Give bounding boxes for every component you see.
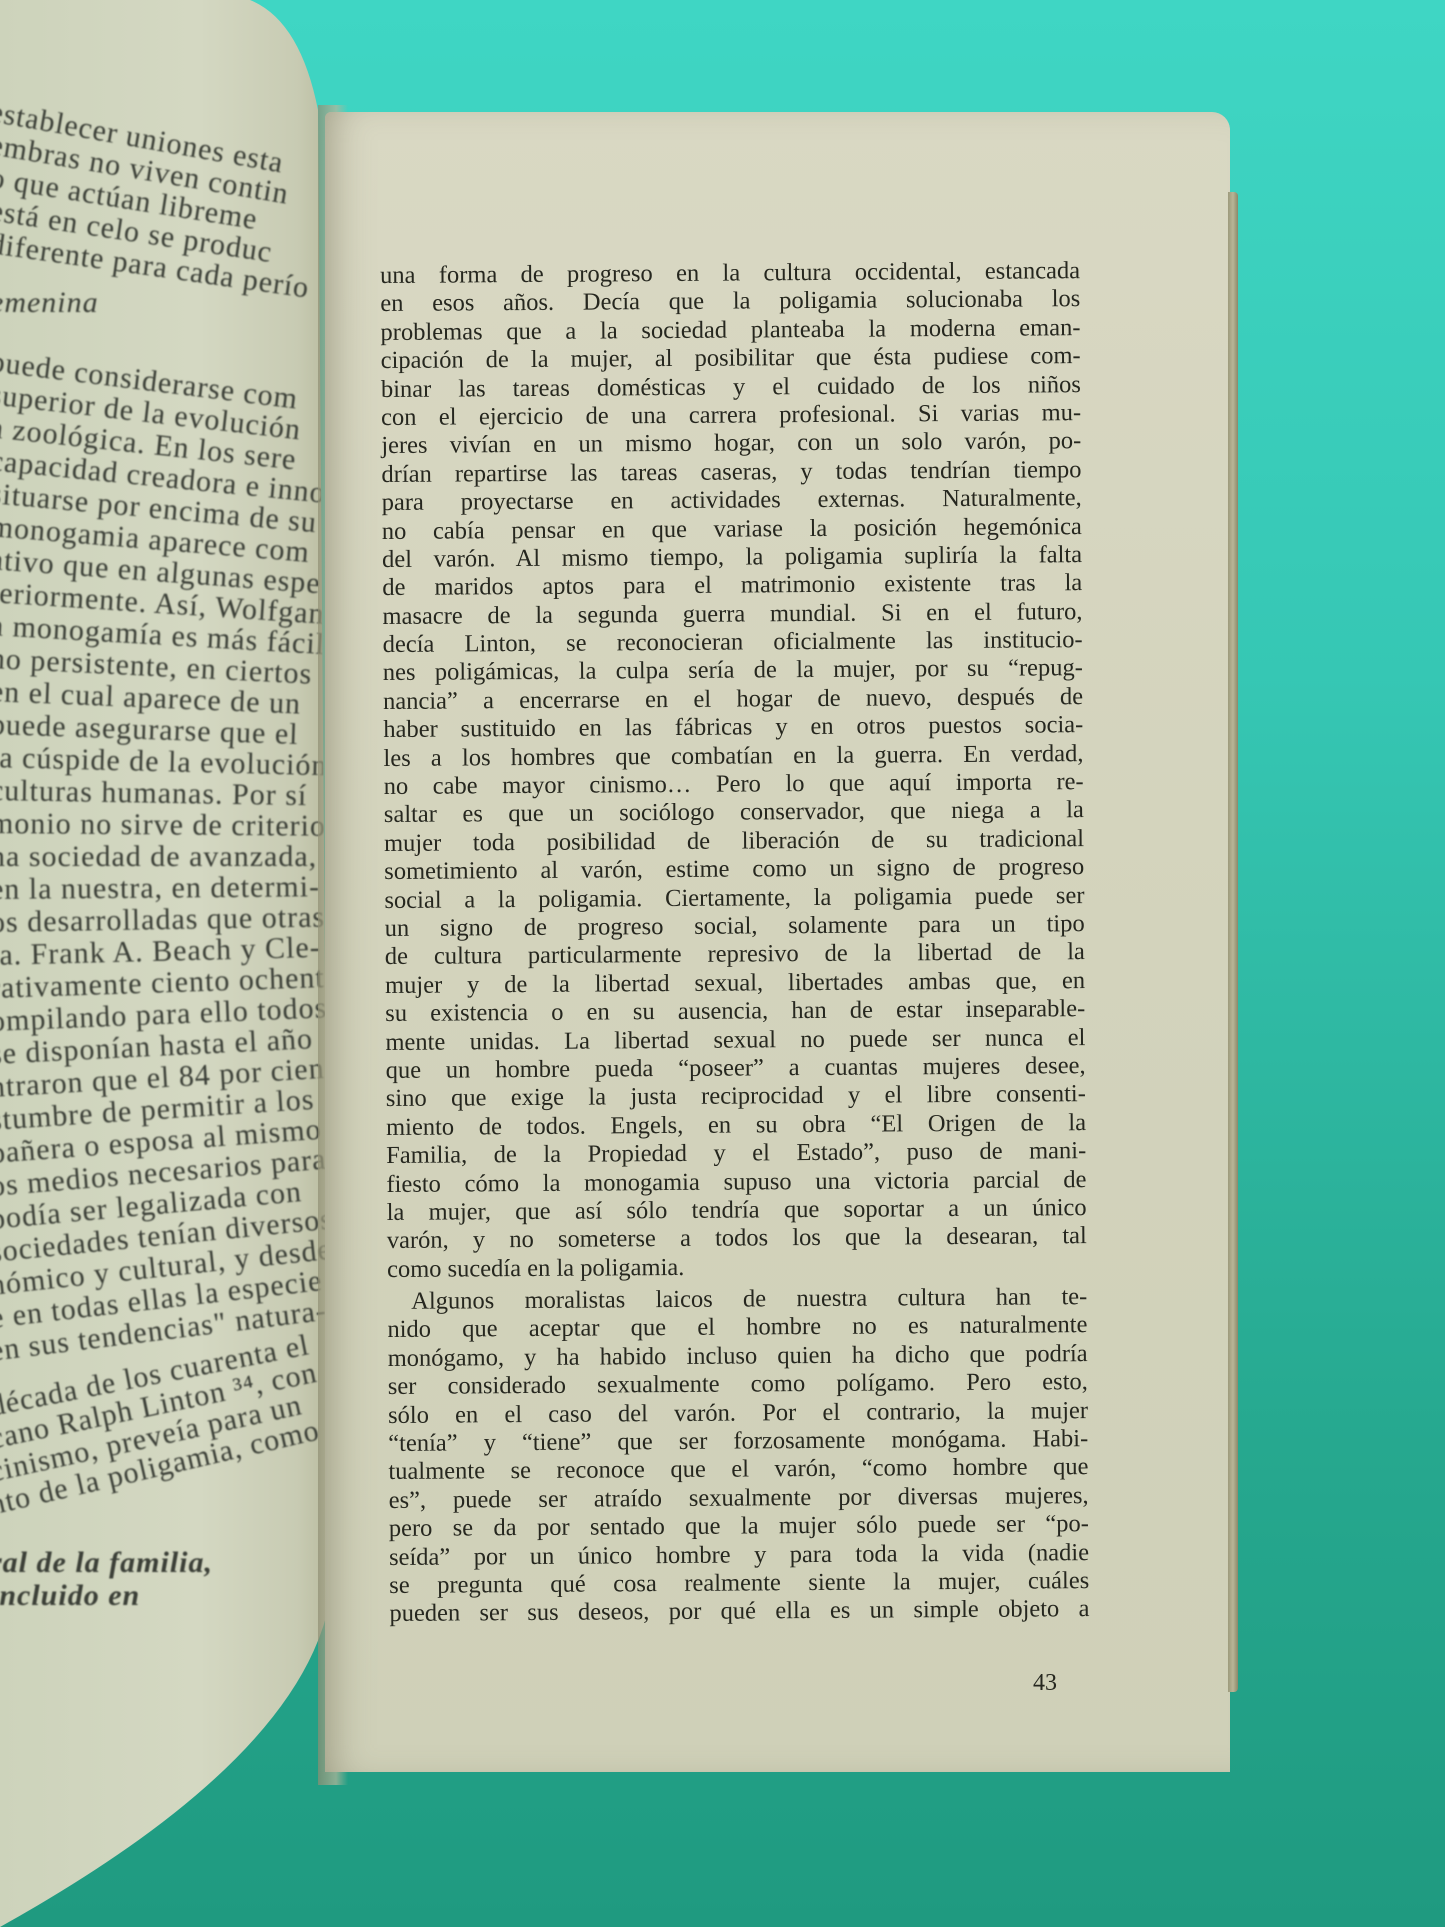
text-line: haber sustituido en las fábricas y en ot… [383,711,1083,744]
text-line: tualmente se reconoce que el varón, “com… [388,1453,1088,1486]
left-page-bottom-lines: década de los cuarenta elcano Ralph Lint… [0,1390,330,1522]
text-line: de cultura particularmente represivo de … [385,938,1085,971]
text-line: ser considerado sexualmente como polígam… [388,1368,1088,1401]
right-page-text: una forma de progreso en la cultura occi… [380,257,1090,1629]
left-page-middle-lines: puede considerarse comsuperior de la evo… [0,345,330,1368]
left-page-top-lines: establecer uniones estaembras no viven c… [0,95,330,260]
page-number: 43 [1033,1670,1057,1697]
left-page-footnote: ral de la familia, incluido en [0,1546,330,1612]
text-line: monio no sirve de criterio [0,807,330,843]
text-line: de maridos aptos para el matrimonio exis… [382,569,1082,602]
text-line: saltar es que un sociólogo conservador, … [384,797,1084,830]
text-line: sometimiento al varón, estime como un si… [384,853,1084,886]
left-page: establecer uniones estaembras no viven c… [0,0,330,1927]
text-line: sino que exige la justa reciprocidad y e… [386,1080,1086,1113]
page-block-edge [1228,192,1238,1692]
text-line: Familia, de la Propiedad y el Estado”, p… [386,1137,1086,1170]
text-line: cipación de la mujer, al posibilitar que… [381,342,1081,375]
text-line: varón, y no someterse a todos los que la… [387,1222,1087,1255]
text-line: jeres vivían en un mismo hogar, con un s… [381,427,1081,460]
text-line: su existencia o en su ausencia, han de e… [385,995,1085,1028]
left-page-text: establecer uniones estaembras no viven c… [0,95,330,1612]
text-line: para proyectarse en actividades externas… [382,484,1082,517]
text-line: pueden ser sus deseos, por qué ella es u… [389,1595,1089,1628]
paragraph-1: una forma de progreso en la cultura occi… [380,257,1087,1284]
text-line: en esos años. Decía que la poligamia sol… [380,286,1080,319]
text-line: na sociedad de avanzada, [0,840,330,873]
paragraph-2: Algunos moralistas laicos de nuestra cul… [387,1283,1089,1629]
text-line: pero se da por sentado que la mujer sólo… [389,1510,1089,1543]
